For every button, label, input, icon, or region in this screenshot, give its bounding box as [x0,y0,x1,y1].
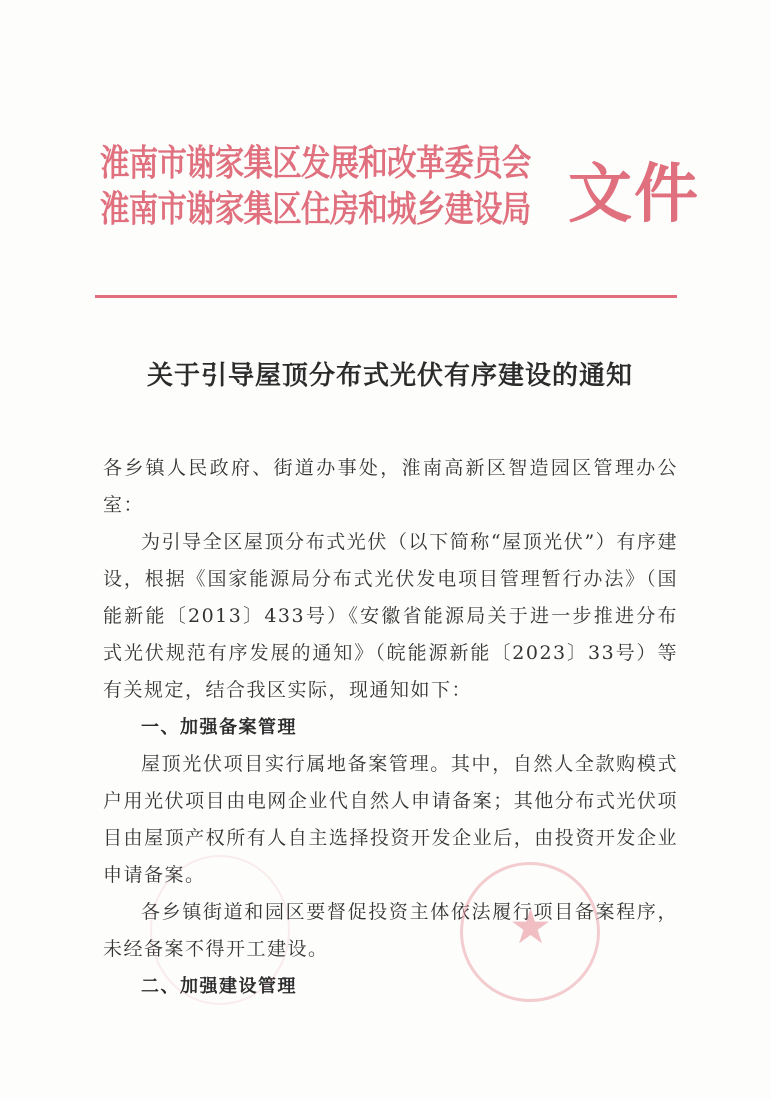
issuer-line-1: 淮南市谢家集区发展和改革委员会 [100,140,531,186]
red-divider [95,295,677,298]
intro-paragraph: 为引导全区屋顶分布式光伏（以下简称“屋顶光伏”）有序建设，根据《国家能源局分布式… [103,524,678,709]
recipients: 各乡镇人民政府、街道办事处，淮南高新区智造园区管理办公室： [103,450,678,524]
issuer-line-2: 淮南市谢家集区住房和城乡建设局 [100,186,531,232]
issuer-block: 淮南市谢家集区发展和改革委员会 淮南市谢家集区住房和城乡建设局 [100,140,531,232]
section-heading-2: 二、加强建设管理 [103,968,678,1005]
section-1-paragraph-1: 屋顶光伏项目实行属地备案管理。其中，自然人全款购模式户用光伏项目由电网企业代自然… [103,746,678,894]
document-title: 关于引导屋顶分布式光伏有序建设的通知 [100,355,680,392]
document-body: 各乡镇人民政府、街道办事处，淮南高新区智造园区管理办公室： 为引导全区屋顶分布式… [103,450,678,1005]
doc-type-label: 文件 [568,160,700,230]
section-heading-1: 一、加强备案管理 [103,709,678,746]
document-page: 淮南市谢家集区发展和改革委员会 淮南市谢家集区住房和城乡建设局 文件 关于引导屋… [0,0,771,1099]
section-1-paragraph-2: 各乡镇街道和园区要督促投资主体依法履行项目备案程序，未经备案不得开工建设。 [103,894,678,968]
